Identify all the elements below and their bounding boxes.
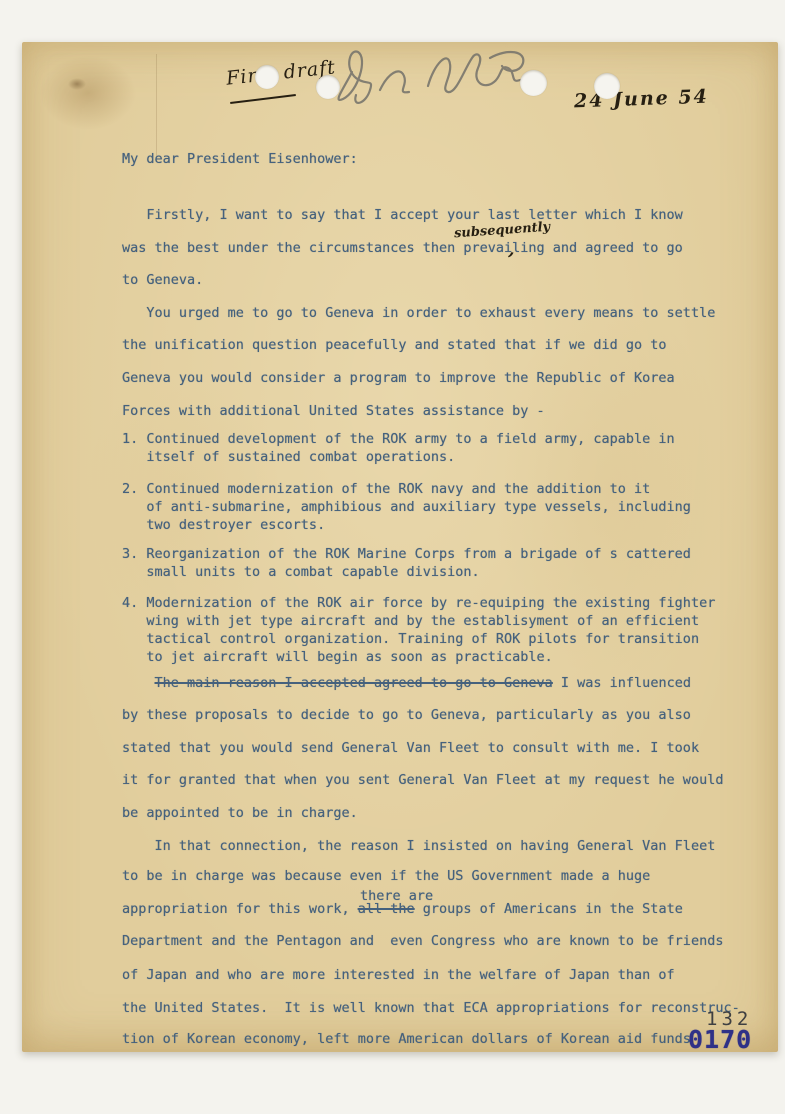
hole-punch: [255, 65, 279, 89]
hole-punch: [594, 73, 620, 99]
handwritten-underline: [230, 94, 296, 104]
pencil-scribble: [316, 42, 530, 116]
list-item-line: tactical control organization. Training …: [122, 631, 699, 647]
list-item-line: 3. Reorganization of the ROK Marine Corp…: [122, 546, 691, 562]
letter-line: the unification question peacefully and …: [122, 337, 667, 353]
letter-line: by these proposals to decide to go to Ge…: [122, 707, 691, 723]
letter-line: Geneva you would consider a program to i…: [122, 370, 675, 386]
list-item-line: 1. Continued development of the ROK army…: [122, 431, 675, 447]
strikethrough-text: all the: [358, 901, 415, 917]
letter-line: to be in charge was because even if the …: [122, 868, 650, 884]
letter-line: of Japan and who are more interested in …: [122, 967, 675, 983]
list-item-line: 4. Modernization of the ROK air force by…: [122, 595, 715, 611]
letter-line: The main reason I accepted agreed to go …: [122, 675, 691, 691]
list-item-line: itself of sustained combat operations.: [122, 449, 455, 465]
letter-line: it for granted that when you sent Genera…: [122, 772, 723, 788]
letter-line: was the best under the circumstances the…: [122, 240, 683, 256]
archive-stamp-number: 0170: [688, 1025, 752, 1054]
handwritten-comma: ,: [508, 240, 517, 261]
letter-line: be appointed to be in charge.: [122, 805, 358, 821]
letter-line: Forces with additional United States ass…: [122, 403, 545, 419]
letter-line: to Geneva.: [122, 272, 203, 288]
letter-line: tion of Korean economy, left more Americ…: [122, 1031, 691, 1047]
paper-stain: [40, 56, 136, 130]
letter-line: Department and the Pentagon and even Con…: [122, 933, 723, 949]
list-item-line: to jet aircraft will begin as soon as pr…: [122, 649, 553, 665]
paper-stain: [68, 78, 86, 90]
scan-background: { "annotations": { "draft_note": "First …: [0, 0, 785, 1114]
list-item-line: two destroyer escorts.: [122, 517, 325, 533]
list-item-line: of anti-submarine, amphibious and auxili…: [122, 499, 691, 515]
strikethrough-text: The main reason I accepted agreed to go …: [155, 675, 553, 691]
list-item-line: wing with jet type aircraft and by the e…: [122, 613, 699, 629]
list-item-line: small units to a combat capable division…: [122, 564, 480, 580]
letter-line: You urged me to go to Geneva in order to…: [122, 305, 715, 321]
paper-crease: [156, 54, 157, 162]
salutation: My dear President Eisenhower:: [122, 151, 358, 167]
list-item-line: 2. Continued modernization of the ROK na…: [122, 481, 650, 497]
letter-line: stated that you would send General Van F…: [122, 740, 699, 756]
hole-punch: [316, 75, 340, 99]
hole-punch: [520, 70, 547, 96]
letter-line: appropriation for this work, all the gro…: [122, 901, 683, 917]
letter-line: the United States. It is well known that…: [122, 1000, 740, 1016]
letter-line: Firstly, I want to say that I accept you…: [122, 207, 683, 223]
letter-page: First draft 24 June 54 subsequently , My…: [22, 42, 778, 1052]
letter-line: In that connection, the reason I insiste…: [122, 838, 715, 854]
